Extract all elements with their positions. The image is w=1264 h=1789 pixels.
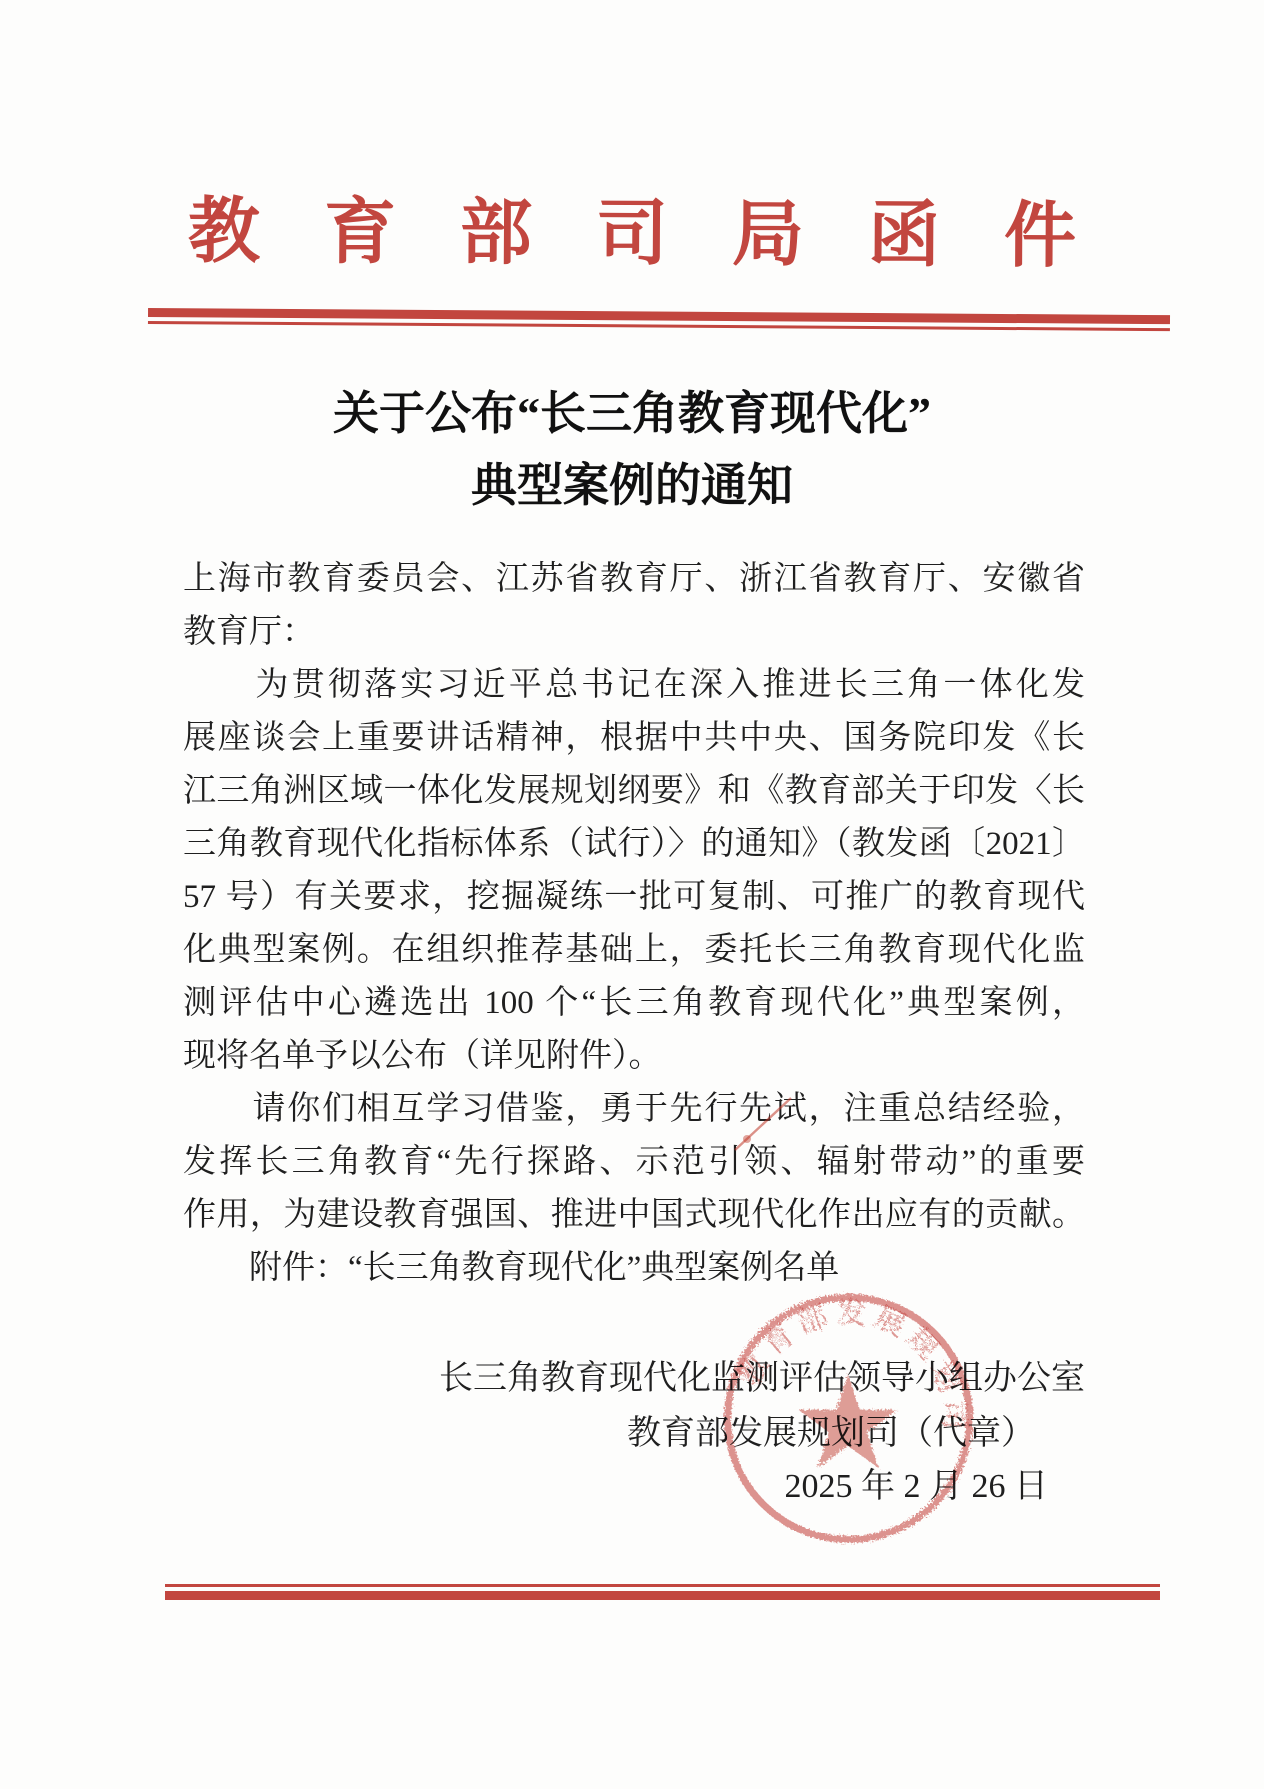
document-page: 教育部司局函件 关于公布“长三角教育现代化” 典型案例的通知 上海市教育委员会、… <box>0 0 1264 1789</box>
footer-double-rule <box>165 1584 1160 1600</box>
body-line: 附件：“长三角教育现代化”典型案例名单 <box>183 1242 1085 1295</box>
letterhead-title: 教育部司局函件 <box>0 175 1264 294</box>
body-line: 上海市教育委员会、江苏省教育厅、浙江省教育厅、安徽省 <box>183 553 1085 606</box>
rule-thick-line <box>165 1591 1160 1600</box>
body-line: 教育厅： <box>183 606 1085 659</box>
document-title-line2: 典型案例的通知 <box>0 450 1264 522</box>
body-line: 展座谈会上重要讲话精神，根据中共中央、国务院印发《长 <box>183 712 1085 765</box>
document-title-line1: 关于公布“长三角教育现代化” <box>0 378 1264 450</box>
signature-date: 2025 年 2 月 26 日 <box>0 1463 1264 1511</box>
body-line: 化典型案例。在组织推荐基础上，委托长三角教育现代化监 <box>183 924 1085 977</box>
body-line: 为贯彻落实习近平总书记在深入推进长三角一体化发 <box>183 659 1085 712</box>
body-line: 三角教育现代化指标体系（试行）〉的通知》（教发函〔2021〕 <box>183 818 1085 871</box>
body-line: 发挥长三角教育“先行探路、示范引领、辐射带动”的重要 <box>183 1136 1085 1189</box>
body-line: 江三角洲区域一体化发展规划纲要》和《教育部关于印发〈长 <box>183 765 1085 818</box>
body-line: 现将名单予以公布（详见附件）。 <box>183 1030 1085 1083</box>
document-title: 关于公布“长三角教育现代化” 典型案例的通知 <box>0 378 1264 522</box>
letter-body: 上海市教育委员会、江苏省教育厅、浙江省教育厅、安徽省教育厅： 为贯彻落实习近平总… <box>183 553 1085 1295</box>
signature-org-line2: 教育部发展规划司（代章） <box>0 1410 1264 1458</box>
body-line: 57 号）有关要求，挖掘凝练一批可复制、可推广的教育现代 <box>183 871 1085 924</box>
signature-org-line1: 长三角教育现代化监测评估领导小组办公室 <box>0 1355 1264 1403</box>
body-line: 测评估中心遴选出 100 个“长三角教育现代化”典型案例， <box>183 977 1085 1030</box>
body-line: 请你们相互学习借鉴，勇于先行先试，注重总结经验， <box>183 1083 1085 1136</box>
body-line: 作用，为建设教育强国、推进中国式现代化作出应有的贡献。 <box>183 1189 1085 1242</box>
header-double-rule <box>148 308 1170 331</box>
